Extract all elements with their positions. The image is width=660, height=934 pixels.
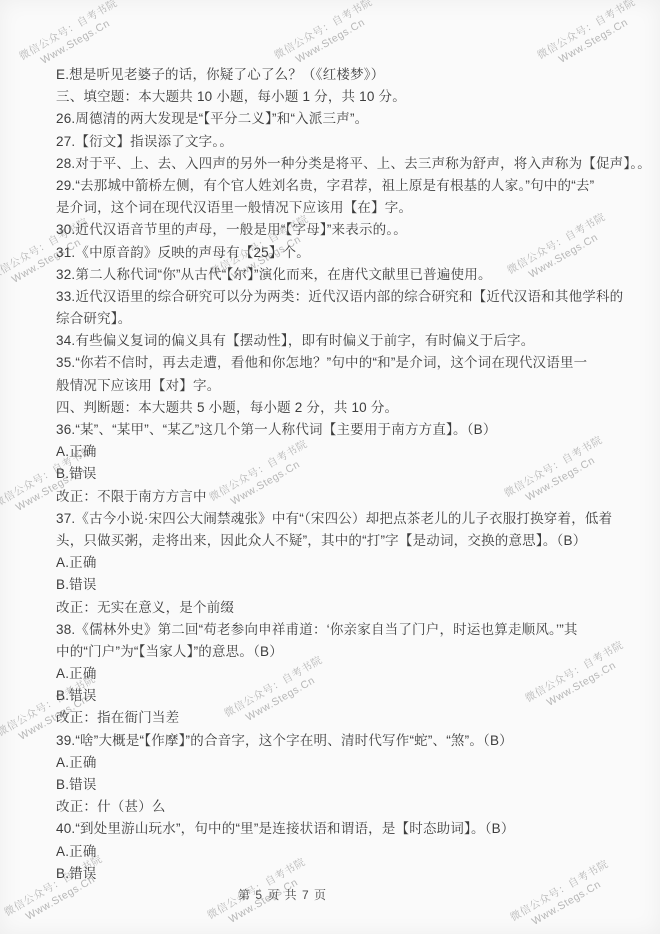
text-line: B.错误 (56, 774, 651, 796)
text-line: 36.“某”、“某甲”、“某乙”这几个第一人称代词【主要用于南方方直】。（B） (56, 419, 651, 441)
text-line: 30.近代汉语音节里的声母，一般是用“【字母】”来表示的。。 (56, 219, 651, 241)
text-line: B.错误 (56, 574, 651, 596)
text-line: 中的“门户”为“【当家人】”的意思。（B） (56, 641, 651, 663)
text-line: 32.第二人称代词“你”从古代“【尔】”演化而来，在唐代文献里已普遍使用。 (56, 264, 651, 286)
text-line: 39.“啥”大概是“【作摩】”的合音字，这个字在明、清时代写作“蛇”、“煞”。（… (56, 730, 651, 752)
text-line: B.错误 (56, 863, 651, 885)
text-line: 是介词，这个词在现代汉语里一般情况下应该用【在】字。 (56, 197, 651, 219)
text-line: 40.“到处里游山玩水”，句中的“里”是连接状语和谓语，是【时态助词】。（B） (56, 818, 651, 840)
watermark-line1: 微信公众号：自考书院 (17, 0, 120, 64)
text-line: A.正确 (56, 752, 651, 774)
text-line: 27.【衍文】指误添了文字。。 (56, 131, 651, 153)
text-line: 般情况下应该用【对】字。 (56, 375, 651, 397)
text-line: 31.《中原音韵》反映的声母有【25】个。 (56, 242, 651, 264)
text-line: B.错误 (56, 463, 651, 485)
text-line: A.正确 (56, 441, 651, 463)
watermark-line1: 微信公众号：自考书院 (272, 0, 375, 63)
page-footer: 第 5 页 共 7 页 (238, 886, 327, 903)
text-line: A.正确 (56, 552, 651, 574)
text-line: 28.对于平、上、去、入四声的另外一种分类是将平、上、去三声称为舒声，将入声称为… (56, 153, 651, 175)
text-line: 头，只做买粥，走将出来，因此众人不疑”，其中的“打”字【是动词，交换的意思】。（… (56, 530, 651, 552)
text-line: 改正：不限于南方方言中 (56, 486, 651, 508)
text-line: E.想是听见老婆子的话，你疑了心了么？（《红楼梦》） (56, 64, 651, 86)
watermark-line1: 微信公众号：自考书院 (535, 0, 638, 63)
text-line: 改正：无实在意义，是个前缀 (56, 597, 651, 619)
text-line: 综合研究】。 (56, 308, 651, 330)
text-line: A.正确 (56, 841, 651, 863)
exam-document-page: 微信公众号：自考书院Www.Stegs.Cn微信公众号：自考书院Www.Steg… (0, 0, 660, 934)
text-line: 38.《儒林外史》第二回“苟老参向申祥甫道：‘你亲家自当了门户，时运也算走顺风。… (56, 619, 651, 641)
text-line: 改正：什（甚）么 (56, 796, 651, 818)
text-line: 26.周德清的两大发现是“【平分二义】”和“入派三声”。 (56, 108, 651, 130)
text-line: 37.《古今小说·宋四公大闹禁魂张》中有“（宋四公）却把点茶老儿的儿子衣服打换穿… (56, 508, 651, 530)
text-line: 35.“你若不信时，再去走遭，看他和你怎地？”句中的“和”是介词，这个词在现代汉… (56, 352, 651, 374)
page-number-indicator: 第 5 页 共 7 页 (238, 888, 327, 902)
document-content: E.想是听见老婆子的话，你疑了心了么？（《红楼梦》）三、填空题：本大题共 10 … (56, 64, 651, 885)
text-line: 改正：指在衙门当差 (56, 707, 651, 729)
text-line: 29.“去那城中箭桥左侧，有个官人姓刘名贵，字君荐，祖上原是有根基的人家。”句中… (56, 175, 651, 197)
text-line: 33.近代汉语里的综合研究可以分为两类：近代汉语内部的综合研究和【近代汉语和其他… (56, 286, 651, 308)
text-line: 三、填空题：本大题共 10 小题，每小题 1 分，共 10 分。 (56, 86, 651, 108)
text-line: 四、判断题：本大题共 5 小题，每小题 2 分，共 10 分。 (56, 397, 651, 419)
text-line: A.正确 (56, 663, 651, 685)
text-line: 34.有些偏义复词的偏义具有【摆动性】，即有时偏义于前字，有时偏义于后字。 (56, 330, 651, 352)
text-line: B.错误 (56, 685, 651, 707)
